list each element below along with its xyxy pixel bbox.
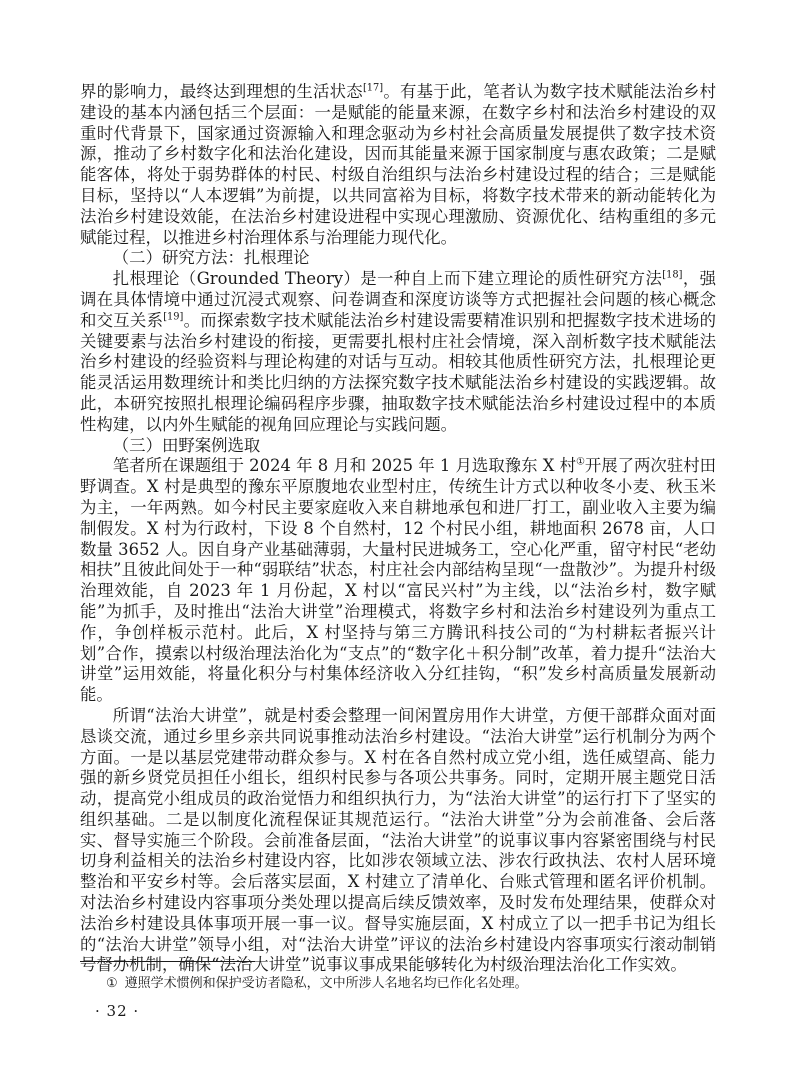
footnote-text: 遵照学术惯例和保护受访者隐私，文中所涉人名地名均已作化名处理。 — [125, 976, 528, 991]
text-run: 界的影响力，最终达到理想的生活状态 — [80, 82, 363, 101]
section-heading: （三）田野案例选取 — [80, 436, 716, 457]
text-run: 扎根理论（Grounded Theory）是一种自上而下建立理论的质性研究方法 — [113, 269, 662, 288]
page-body: 界的影响力，最终达到理想的生活状态[17]。有基于此，笔者认为数字技术赋能法治乡… — [80, 82, 716, 976]
page-number: · 32 · — [95, 1002, 139, 1020]
body-paragraph: 笔者所在课题组于 2024 年 8 月和 2025 年 1 月选取豫东 X 村①… — [80, 456, 716, 706]
body-paragraph: 界的影响力，最终达到理想的生活状态[17]。有基于此，笔者认为数字技术赋能法治乡… — [80, 82, 716, 248]
text-run: 。有基于此，笔者认为数字技术赋能法治乡村建设的基本内涵包括三个层面：一是赋能的能… — [80, 82, 716, 247]
footnote-marker: ① — [106, 976, 118, 991]
body-paragraph: 所谓“法治大讲堂”，就是村委会整理一间闲置房用作大讲堂，方便干部群众面对面恳谈交… — [80, 706, 716, 976]
text-run: 。而探索数字技术赋能法治乡村建设需要精准识别和把握数字技术进场的关键要素与法治乡… — [80, 311, 716, 434]
text-run: 所谓“法治大讲堂”，就是村委会整理一间闲置房用作大讲堂，方便干部群众面对面恳谈交… — [80, 706, 716, 975]
section-heading: （二）研究方法：扎根理论 — [80, 248, 716, 269]
text-run: 开展了两次驻村田野调查。X 村是典型的豫东平原腹地农业型村庄，传统生计方式以种收… — [80, 456, 716, 704]
footnote: ①遵照学术惯例和保护受访者隐私，文中所涉人名地名均已作化名处理。 — [80, 975, 716, 993]
footnote-divider — [80, 961, 255, 962]
document-page: 界的影响力，最终达到理想的生活状态[17]。有基于此，笔者认为数字技术赋能法治乡… — [0, 0, 793, 1077]
superscript-reference: [19] — [163, 311, 183, 322]
text-run: （二）研究方法：扎根理论 — [113, 248, 310, 267]
text-run: 笔者所在课题组于 2024 年 8 月和 2025 年 1 月选取豫东 X 村 — [113, 456, 576, 475]
body-paragraph: 扎根理论（Grounded Theory）是一种自上而下建立理论的质性研究方法[… — [80, 269, 716, 435]
text-run: （三）田野案例选取 — [113, 436, 261, 455]
superscript-reference: [17] — [363, 83, 383, 94]
superscript-reference: ① — [576, 457, 585, 468]
superscript-reference: [18] — [662, 270, 682, 281]
